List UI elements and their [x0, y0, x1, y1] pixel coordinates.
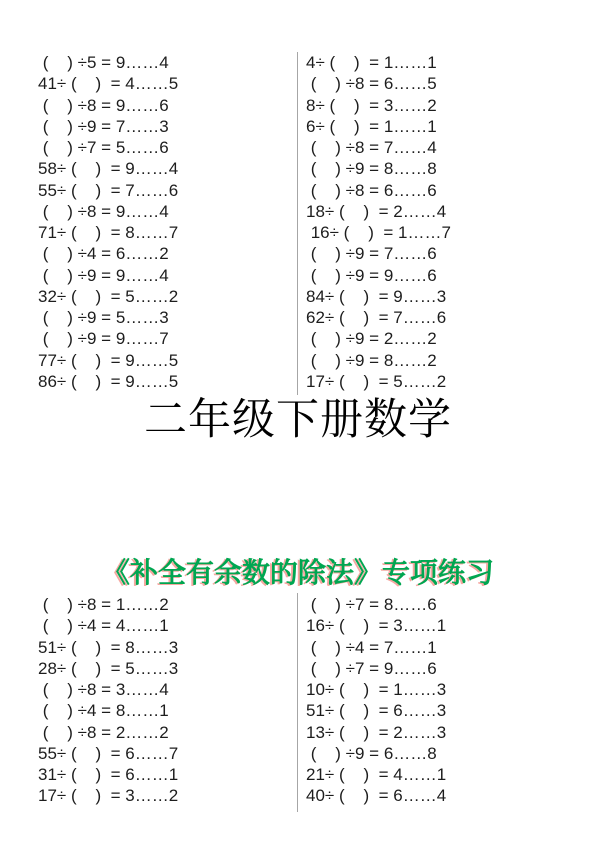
- equation-row: ( ) ÷4 = 4……1: [38, 615, 293, 636]
- equation-row: ( ) ÷9 = 5……3: [38, 307, 293, 328]
- equation-row: 41÷ ( ) = 4……5: [38, 73, 293, 94]
- top-section-left-column: ( ) ÷5 = 9……441÷ ( ) = 4……5 ( ) ÷8 = 9………: [38, 52, 293, 392]
- equation-row: ( ) ÷7 = 5……6: [38, 137, 293, 158]
- bottom-section-left-column: ( ) ÷8 = 1……2 ( ) ÷4 = 4……151÷ ( ) = 8………: [38, 594, 293, 807]
- equation-row: 13÷ ( ) = 2……3: [306, 722, 566, 743]
- equation-row: ( ) ÷8 = 3……4: [38, 679, 293, 700]
- equation-row: 6÷ ( ) = 1……1: [306, 116, 566, 137]
- equation-row: ( ) ÷9 = 9……6: [306, 265, 566, 286]
- equation-row: ( ) ÷9 = 6……8: [306, 743, 566, 764]
- equation-row: ( ) ÷8 = 9……4: [38, 201, 293, 222]
- equation-row: ( ) ÷8 = 1……2: [38, 594, 293, 615]
- equation-row: 31÷ ( ) = 6……1: [38, 764, 293, 785]
- equation-row: 55÷ ( ) = 6……7: [38, 743, 293, 764]
- equation-row: ( ) ÷9 = 7……3: [38, 116, 293, 137]
- bottom-section-column-divider: [297, 593, 298, 812]
- equation-row: ( ) ÷4 = 6……2: [38, 243, 293, 264]
- worksheet-subtitle: 《补全有余数的除法》专项练习: [0, 556, 596, 590]
- equation-row: 18÷ ( ) = 2……4: [306, 201, 566, 222]
- equation-row: 32÷ ( ) = 5……2: [38, 286, 293, 307]
- equation-row: 17÷ ( ) = 5……2: [306, 371, 566, 392]
- equation-row: 51÷ ( ) = 6……3: [306, 700, 566, 721]
- bottom-section-right-column: ( ) ÷7 = 8……616÷ ( ) = 3……1 ( ) ÷4 = 7………: [306, 594, 566, 807]
- equation-row: ( ) ÷5 = 9……4: [38, 52, 293, 73]
- equation-row: 10÷ ( ) = 1……3: [306, 679, 566, 700]
- top-section-right-column: 4÷ ( ) = 1……1 ( ) ÷8 = 6……58÷ ( ) = 3……2…: [306, 52, 566, 392]
- equation-row: ( ) ÷9 = 8……8: [306, 158, 566, 179]
- equation-row: 17÷ ( ) = 3……2: [38, 785, 293, 806]
- equation-row: ( ) ÷4 = 8……1: [38, 700, 293, 721]
- equation-row: ( ) ÷8 = 6……6: [306, 180, 566, 201]
- top-section-column-divider: [297, 52, 298, 395]
- equation-row: 62÷ ( ) = 7……6: [306, 307, 566, 328]
- equation-row: 28÷ ( ) = 5……3: [38, 658, 293, 679]
- equation-row: ( ) ÷9 = 2……2: [306, 328, 566, 349]
- equation-row: 8÷ ( ) = 3……2: [306, 95, 566, 116]
- equation-row: ( ) ÷8 = 6……5: [306, 73, 566, 94]
- equation-row: 84÷ ( ) = 9……3: [306, 286, 566, 307]
- equation-row: 16÷ ( ) = 1……7: [306, 222, 566, 243]
- equation-row: ( ) ÷8 = 2……2: [38, 722, 293, 743]
- equation-row: ( ) ÷9 = 7……6: [306, 243, 566, 264]
- equation-row: ( ) ÷9 = 8……2: [306, 350, 566, 371]
- equation-row: 55÷ ( ) = 7……6: [38, 180, 293, 201]
- equation-row: ( ) ÷8 = 9……6: [38, 95, 293, 116]
- page-title: 二年级下册数学: [0, 394, 596, 448]
- equation-row: 86÷ ( ) = 9……5: [38, 371, 293, 392]
- equation-row: 71÷ ( ) = 8……7: [38, 222, 293, 243]
- equation-row: 58÷ ( ) = 9……4: [38, 158, 293, 179]
- equation-row: ( ) ÷9 = 9……7: [38, 328, 293, 349]
- equation-row: 40÷ ( ) = 6……4: [306, 785, 566, 806]
- equation-row: 4÷ ( ) = 1……1: [306, 52, 566, 73]
- equation-row: ( ) ÷7 = 9……6: [306, 658, 566, 679]
- worksheet-page: ( ) ÷5 = 9……441÷ ( ) = 4……5 ( ) ÷8 = 9………: [0, 0, 596, 842]
- equation-row: ( ) ÷7 = 8……6: [306, 594, 566, 615]
- equation-row: 51÷ ( ) = 8……3: [38, 637, 293, 658]
- equation-row: ( ) ÷4 = 7……1: [306, 637, 566, 658]
- equation-row: 77÷ ( ) = 9……5: [38, 350, 293, 371]
- equation-row: ( ) ÷8 = 7……4: [306, 137, 566, 158]
- equation-row: 16÷ ( ) = 3……1: [306, 615, 566, 636]
- equation-row: ( ) ÷9 = 9……4: [38, 265, 293, 286]
- equation-row: 21÷ ( ) = 4……1: [306, 764, 566, 785]
